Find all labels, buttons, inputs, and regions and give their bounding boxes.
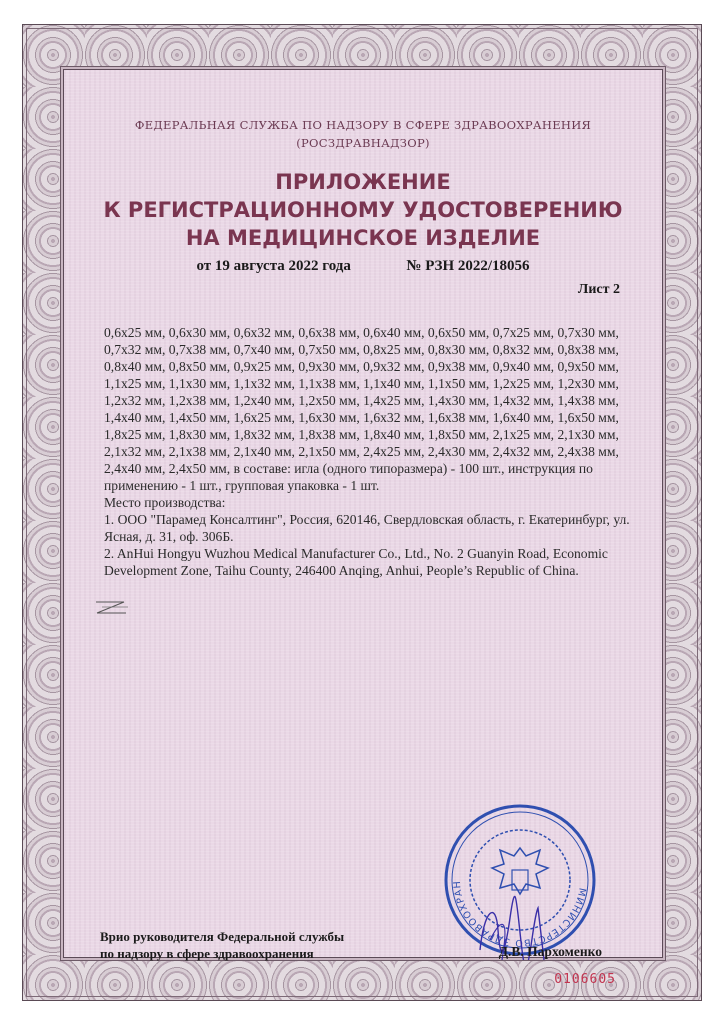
certificate-frame: ФЕДЕРАЛЬНАЯ СЛУЖБА ПО НАДЗОРУ В СФЕРЕ ЗД…	[22, 24, 702, 1001]
sizes-paragraph: 0,6x25 мм, 0,6x30 мм, 0,6x32 мм, 0,6x38 …	[104, 324, 644, 494]
agency-header: ФЕДЕРАЛЬНАЯ СЛУЖБА ПО НАДЗОРУ В СФЕРЕ ЗД…	[64, 116, 662, 152]
sheet-number: Лист 2	[578, 282, 620, 298]
title-line-1: ПРИЛОЖЕНИЕ	[64, 168, 662, 196]
signatory-name: Д.В. Пархоменко	[499, 944, 602, 960]
signatory-title-line-2: по надзору в сфере здравоохранения	[100, 945, 344, 962]
agency-abbrev: (РОСЗДРАВНАДЗОР)	[64, 134, 662, 152]
official-stamp-icon: МИНИСТЕРСТВО ЗДРАВООХРАНЕНИЯ РОССИЙСКОЙ …	[440, 800, 600, 960]
certificate-reference: от 19 августа 2022 года № РЗН 2022/18056	[64, 258, 662, 275]
document-body: 0,6x25 мм, 0,6x30 мм, 0,6x32 мм, 0,6x38 …	[104, 324, 644, 579]
agency-name: ФЕДЕРАЛЬНАЯ СЛУЖБА ПО НАДЗОРУ В СФЕРЕ ЗД…	[64, 116, 662, 134]
production-site-2: 2. AnHui Hongyu Wuzhou Medical Manufactu…	[104, 545, 644, 579]
title-line-3: НА МЕДИЦИНСКОЕ ИЗДЕЛИЕ	[64, 224, 662, 252]
production-site-1: 1. ООО "Парамед Консалтинг", Россия, 620…	[104, 511, 644, 545]
production-label: Место производства:	[104, 494, 644, 511]
certificate-number: № РЗН 2022/18056	[406, 258, 529, 274]
z-strikeout-mark	[94, 596, 128, 616]
document-title: ПРИЛОЖЕНИЕ К РЕГИСТРАЦИОННОМУ УДОСТОВЕРЕ…	[64, 168, 662, 252]
certificate-date: от 19 августа 2022 года	[196, 258, 350, 274]
serial-number: 0106605	[554, 972, 616, 987]
signatory-title-line-1: Врио руководителя Федеральной службы	[100, 928, 344, 945]
signatory-title: Врио руководителя Федеральной службы по …	[100, 928, 344, 962]
certificate-page: ФЕДЕРАЛЬНАЯ СЛУЖБА ПО НАДЗОРУ В СФЕРЕ ЗД…	[63, 69, 663, 958]
title-line-2: К РЕГИСТРАЦИОННОМУ УДОСТОВЕРЕНИЮ	[64, 196, 662, 224]
